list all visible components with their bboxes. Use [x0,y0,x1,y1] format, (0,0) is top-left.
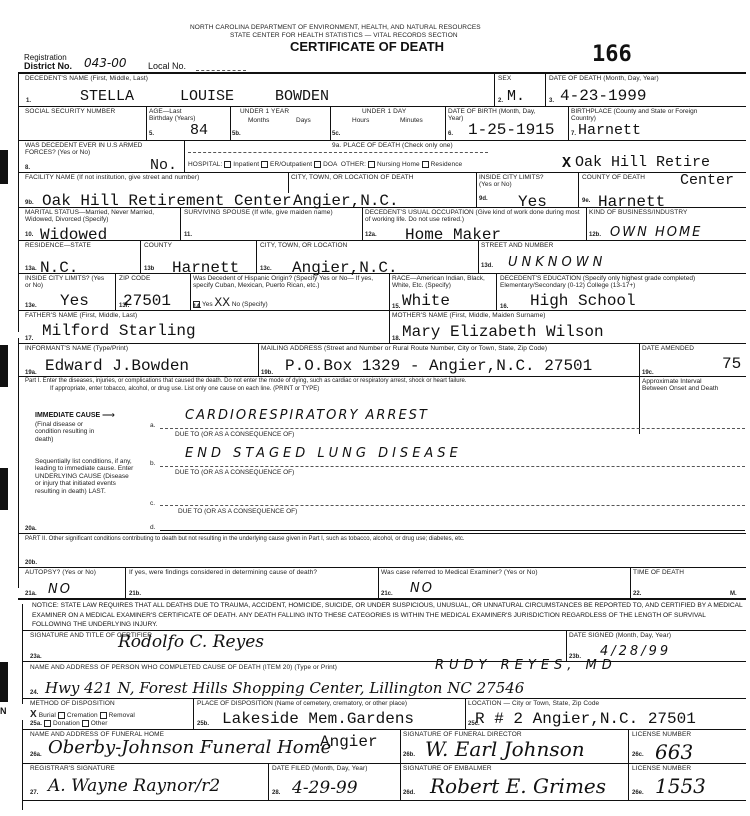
hispanic-options: Yes XX No (Specify) [193,296,268,311]
education-value: High School [530,292,636,310]
other-specify-checkmark: X [562,155,571,172]
director-license-label: LICENSE NUMBER [632,731,691,738]
mailing-address-value: P.O.Box 1329 - Angier,N.C. 27501 [285,357,592,375]
other-specify-value-2: Center [680,172,734,189]
education-label: DECEDENT'S EDUCATION (Specify only highe… [500,275,730,290]
residence-state-label: RESIDENCE—STATE [25,242,91,249]
other-specify-value: Oak Hill Retire [575,154,710,171]
funeral-home-name: Oberby-Johnson Funeral Home [48,737,331,758]
margin-letter: N [0,706,7,716]
part2-label: PART II. Other significant conditions co… [25,536,465,543]
zip-code-value: 27501 [123,292,171,310]
completed-by-name: RUDY REYES, MD [435,658,617,673]
residence-inside-city-label: INSIDE CITY LIMITS? (Yes or No) [25,275,110,290]
decedent-name-label: DECEDENT'S NAME (First, Middle, Last) [25,75,148,82]
race-value: White [402,292,450,310]
cause-b-value: END STAGED LUNG DISEASE [185,446,462,461]
findings-label: If yes, were findings considered in dete… [129,569,317,576]
embalmer-license-value: 1553 [655,774,706,798]
date-filed-label: DATE FILED (Month, Day, Year) [272,765,368,772]
place-of-death-label: 9a. PLACE OF DEATH (Check only one) [332,142,453,149]
place-of-disposition-value: Lakeside Mem.Gardens [222,710,414,728]
autopsy-label: AUTOPSY? (Yes or No) [25,569,96,576]
date-of-death-label: DATE OF DEATH (Month, Day, Year) [549,75,659,82]
age-label: AGE—Last Birthday (Years) [149,108,204,123]
funeral-director-signature: W. Earl Johnson [425,737,585,761]
zip-code-label: ZIP CODE [119,275,150,282]
mother-name-label: MOTHER'S NAME (First, Middle, Maiden Sur… [392,312,545,319]
part1-instructions-2: If appropriate, enter tobacco, alcohol, … [50,386,319,393]
father-name-value: Milford Starling [42,322,196,340]
informant-name-label: INFORMANT'S NAME (Type/Print) [25,345,128,352]
armed-forces-label: WAS DECEDENT EVER IN U.S ARMED FORCES? (… [25,142,145,157]
part1-instructions: Part I. Enter the diseases, injuries, or… [25,378,467,385]
informant-name-value: Edward J.Bowden [45,357,189,375]
medical-examiner-value: NO [410,581,434,596]
birthplace-value: Harnett [578,122,641,139]
surviving-spouse-label: SURVIVING SPOUSE (If wife, give maiden n… [184,209,333,216]
nursing-home-checkbox[interactable] [368,161,375,168]
hispanic-no-mark: XX [214,295,230,310]
date-of-death-value: 4-23-1999 [560,87,646,105]
interval-label: Approximate Interval Between Onset and D… [642,378,722,393]
removal-checkbox[interactable] [100,712,107,719]
time-of-death-label: TIME OF DEATH [633,569,684,576]
street-number-label: STREET AND NUMBER [481,242,553,249]
mother-name-value: Mary Elizabeth Wilson [402,323,604,341]
registrar-signature-label: REGISTRAR'S SIGNATURE [30,765,115,772]
cremation-checkbox[interactable] [58,712,65,719]
date-signed-value: 4/28/99 [600,644,671,659]
hispanic-origin-label: Was Decedent of Hispanic Origin? (Specif… [193,275,393,290]
completed-by-address: Hwy 421 N, Forest Hills Shopping Center,… [45,679,524,697]
father-name-label: FATHER'S NAME (First, Middle, Last) [25,312,137,319]
er-outpatient-checkbox[interactable] [261,161,268,168]
medical-examiner-label: Was case referred to Medical Examiner? (… [381,569,538,576]
residence-city-label: CITY, TOWN, OR LOCATION [260,242,347,249]
county-of-death-label: COUNTY OF DEATH [582,174,645,181]
disposition-options-2: 25a. Donation Other [30,720,107,727]
disposition-options-1: X Burial Cremation Removal [30,709,135,720]
sequential-label: Sequentially list conditions, if any, le… [35,458,135,495]
other-checkbox[interactable] [82,720,89,727]
embalmer-label: SIGNATURE OF EMBALMER [403,765,492,772]
embalmer-license-label: LICENSE NUMBER [632,765,691,772]
disposition-location-label: LOCATION — City or Town, State, Zip Code [468,700,599,707]
ssn-label: SOCIAL SECURITY NUMBER [25,108,115,115]
under-1-year-label: UNDER 1 YEAR [240,108,289,115]
cause-a-value: CARDIORESPIRATORY ARREST [185,408,429,423]
burial-checkmark: X [30,709,37,720]
certificate-number: 166 [592,42,632,67]
doa-checkbox[interactable] [314,161,321,168]
date-amended-label: DATE AMENDED [642,345,694,352]
district-number: 043-00 [84,56,127,70]
sex-label: SEX [498,75,511,82]
completed-by-label: NAME AND ADDRESS OF PERSON WHO COMPLETED… [30,664,337,671]
registrar-signature: A. Wayne Raynor/r2 [48,776,220,796]
certifier-signature: Rodolfo C. Reyes [118,632,264,652]
donation-checkbox[interactable] [44,720,51,727]
sex-value: M. [507,88,525,105]
local-label: Local No. [148,61,186,71]
immediate-cause-label: IMMEDIATE CAUSE [35,412,100,419]
residence-county-label: COUNTY [144,242,172,249]
disposition-location-value: R # 2 Angier,N.C. 27501 [475,710,696,728]
inside-city-limits-label: INSIDE CITY LIMITS? (Yes or No) [479,174,549,189]
date-amended-value: 75 [722,355,741,373]
place-of-death-options: HOSPITAL: Inpatient ER/Outpatient DOA OT… [188,161,462,168]
autopsy-value: NO [48,582,72,597]
city-of-death-label: CITY, TOWN, OR LOCATION OF DEATH [291,174,414,181]
date-signed-label: DATE SIGNED (Month, Day, Year) [569,632,671,639]
decedent-middle-name: LOUISE [180,88,234,105]
mailing-address-label: MAILING ADDRESS (Street and Number or Ru… [261,345,547,352]
decedent-first-name: STELLA [80,88,134,105]
decedent-last-name: BOWDEN [275,88,329,105]
marital-status-label: MARITAL STATUS—Married, Never Married, W… [25,209,175,224]
district-label: District No. [24,61,72,71]
occupation-label: DECEDENT'S USUAL OCCUPATION (Give kind o… [365,209,585,224]
center-line: STATE CENTER FOR HEALTH STATISTICS — VIT… [230,32,458,39]
date-filed-value: 4-29-99 [292,778,358,798]
under-1-day-label: UNDER 1 DAY [362,108,406,115]
race-label: RACE—American Indian, Black, White, Etc.… [392,275,502,290]
notice-text: NOTICE: STATE LAW REQUIRES THAT ALL DEAT… [32,601,744,630]
business-industry-label: KIND OF BUSINESS/INDUSTRY [589,209,687,216]
street-number-value: UNKNOWN [508,255,606,270]
age-value: 84 [190,122,208,139]
director-license-value: 663 [655,740,693,764]
page-title: CERTIFICATE OF DEATH [290,39,444,54]
birthplace-label: BIRTHPLACE (County and State or Foreign … [571,108,701,123]
funeral-home-city: Angier [320,733,378,751]
facility-name-label: FACILITY NAME (If not institution, give … [25,174,199,181]
business-industry-value: OWN HOME [610,225,702,240]
immediate-cause-sub: (Final disease or condition resulting in… [35,421,100,443]
place-of-disposition-label: PLACE OF DISPOSITION (Name of cemetery, … [197,700,407,707]
inpatient-checkbox[interactable] [224,161,231,168]
date-of-birth-value: 1-25-1915 [468,121,554,139]
embalmer-signature: Robert E. Grimes [430,774,606,798]
residence-inside-city-value: Yes [60,292,89,310]
residence-checkbox[interactable] [422,161,429,168]
disposition-method-label: METHOD OF DISPOSITION [30,700,115,707]
dept-line: NORTH CAROLINA DEPARTMENT OF ENVIRONMENT… [190,24,481,31]
arrow-icon: ⟶ [102,410,115,421]
